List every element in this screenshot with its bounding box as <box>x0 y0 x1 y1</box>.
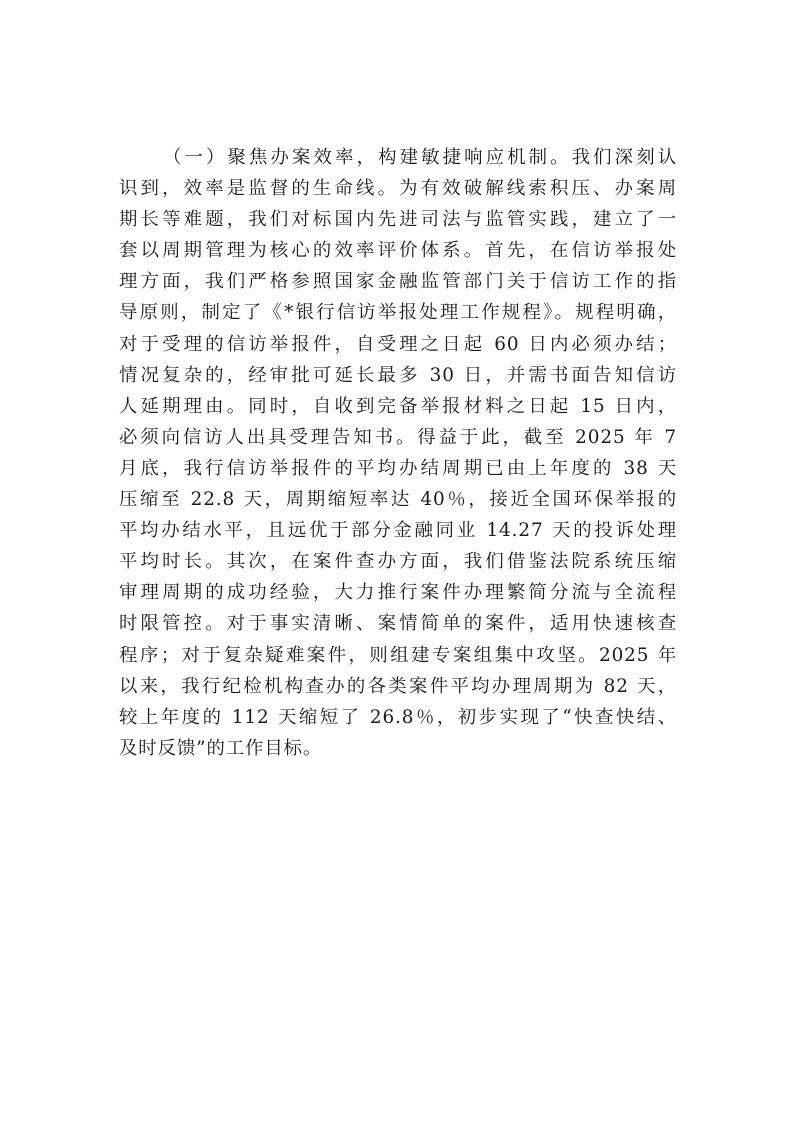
paragraph-line: 必须向信访人出具受理告知书。得益于此，截至 2025 年 7 <box>119 422 677 453</box>
paragraph-line: 及时反馈”的工作目标。 <box>119 733 677 764</box>
paragraph-line: 导原则，制定了《*银行信访举报处理工作规程》。规程明确， <box>119 297 677 328</box>
paragraph-line: 较上年度的 112 天缩短了 26.8％，初步实现了“快查快结、 <box>119 702 677 733</box>
paragraph-line: 平均时长。其次，在案件查办方面，我们借鉴法院系统压缩 <box>119 546 677 577</box>
paragraph-line: 压缩至 22.8 天，周期缩短率达 40％，接近全国环保举报的 <box>119 484 677 515</box>
paragraph-line: 平均办结水平，且远优于部分金融同业 14.27 天的投诉处理 <box>119 515 677 546</box>
paragraph-line: 识到，效率是监督的生命线。为有效破解线索积压、办案周 <box>119 173 677 204</box>
document-body: （一）聚焦办案效率，构建敏捷响应机制。我们深刻认 识到，效率是监督的生命线。为有… <box>119 142 677 764</box>
paragraph-line: （一）聚焦办案效率，构建敏捷响应机制。我们深刻认 <box>119 142 677 173</box>
paragraph-line: 情况复杂的，经审批可延长最多 30 日，并需书面告知信访 <box>119 360 677 391</box>
paragraph-line: 以来，我行纪检机构查办的各类案件平均办理周期为 82 天， <box>119 671 677 702</box>
document-page: （一）聚焦办案效率，构建敏捷响应机制。我们深刻认 识到，效率是监督的生命线。为有… <box>0 0 793 1122</box>
paragraph-line: 套以周期管理为核心的效率评价体系。首先，在信访举报处 <box>119 235 677 266</box>
paragraph-line: 期长等难题，我们对标国内先进司法与监管实践，建立了一 <box>119 204 677 235</box>
paragraph-line: 时限管控。对于事实清晰、案情简单的案件，适用快速核查 <box>119 608 677 639</box>
paragraph-efficiency: （一）聚焦办案效率，构建敏捷响应机制。我们深刻认 识到，效率是监督的生命线。为有… <box>119 142 677 764</box>
paragraph-line: 程序；对于复杂疑难案件，则组建专案组集中攻坚。2025 年 <box>119 640 677 671</box>
paragraph-line: 对于受理的信访举报件，自受理之日起 60 日内必须办结； <box>119 329 677 360</box>
paragraph-line: 人延期理由。同时，自收到完备举报材料之日起 15 日内， <box>119 391 677 422</box>
paragraph-line: 审理周期的成功经验，大力推行案件办理繁简分流与全流程 <box>119 577 677 608</box>
paragraph-line: 月底，我行信访举报件的平均办结周期已由上年度的 38 天 <box>119 453 677 484</box>
paragraph-line: 理方面，我们严格参照国家金融监管部门关于信访工作的指 <box>119 266 677 297</box>
